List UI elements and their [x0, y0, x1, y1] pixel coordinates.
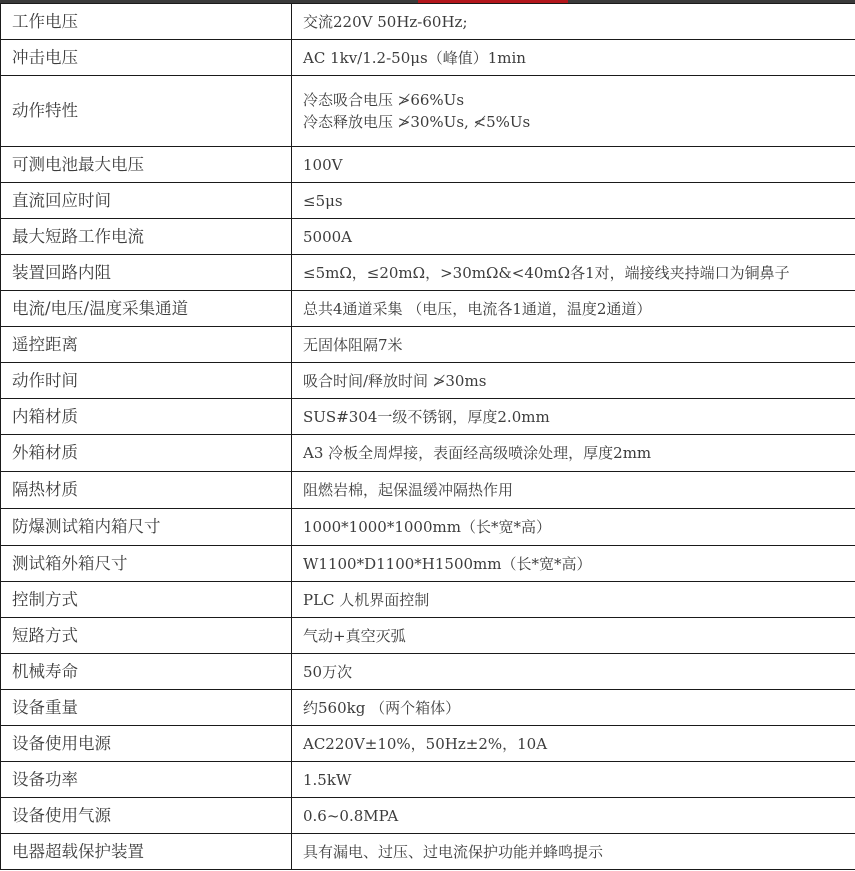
table-row: 设备使用电源 AC220V±10%，50Hz±2%，10A — [1, 726, 855, 762]
table-row: 防爆测试箱内箱尺寸 1000*1000*1000mm（长*宽*高） — [1, 509, 855, 546]
table-row: 设备重量 约560kg （两个箱体） — [1, 690, 855, 726]
spec-value: 100V — [292, 147, 855, 183]
spec-key: 冲击电压 — [1, 40, 292, 76]
spec-key: 测试箱外箱尺寸 — [1, 546, 292, 582]
spec-key: 隔热材质 — [1, 472, 292, 509]
spec-key: 外箱材质 — [1, 435, 292, 472]
spec-value: A3 冷板全周焊接，表面经高级喷涂处理，厚度2mm — [292, 435, 855, 472]
spec-key: 电器超载保护装置 — [1, 834, 292, 870]
spec-key: 设备重量 — [1, 690, 292, 726]
spec-value-line: 冷态释放电压 ≯30%Us, ≮5%Us — [303, 111, 855, 133]
table-row: 机械寿命 50万次 — [1, 654, 855, 690]
table-row: 控制方式 PLC 人机界面控制 — [1, 582, 855, 618]
spec-value: 1000*1000*1000mm（长*宽*高） — [292, 509, 855, 546]
table-row: 动作特性 冷态吸合电压 ≯66%Us 冷态释放电压 ≯30%Us, ≮5%Us — [1, 76, 855, 147]
spec-value: 吸合时间/释放时间 ≯30ms — [292, 363, 855, 399]
spec-key: 控制方式 — [1, 582, 292, 618]
spec-key: 直流回应时间 — [1, 183, 292, 219]
table-row: 电器超载保护装置 具有漏电、过压、过电流保护功能并蜂鸣提示 — [1, 834, 855, 870]
spec-value-line: 冷态吸合电压 ≯66%Us — [303, 89, 855, 111]
spec-key: 设备使用气源 — [1, 798, 292, 834]
spec-value: 交流220V 50Hz-60Hz; — [292, 4, 855, 40]
spec-key: 最大短路工作电流 — [1, 219, 292, 255]
spec-key: 遥控距离 — [1, 327, 292, 363]
table-row: 设备功率 1.5kW — [1, 762, 855, 798]
table-row: 最大短路工作电流 5000A — [1, 219, 855, 255]
spec-key: 机械寿命 — [1, 654, 292, 690]
table-row: 内箱材质 SUS#304一级不锈钢，厚度2.0mm — [1, 399, 855, 435]
spec-key: 工作电压 — [1, 4, 292, 40]
table-row: 设备使用气源 0.6~0.8MPA — [1, 798, 855, 834]
table-row: 外箱材质 A3 冷板全周焊接，表面经高级喷涂处理，厚度2mm — [1, 435, 855, 472]
spec-key: 设备功率 — [1, 762, 292, 798]
spec-key: 电流/电压/温度采集通道 — [1, 291, 292, 327]
table-row: 工作电压 交流220V 50Hz-60Hz; — [1, 4, 855, 40]
spec-value: SUS#304一级不锈钢，厚度2.0mm — [292, 399, 855, 435]
spec-value: PLC 人机界面控制 — [292, 582, 855, 618]
spec-value: ≤5μs — [292, 183, 855, 219]
table-row: 可测电池最大电压 100V — [1, 147, 855, 183]
spec-table: 工作电压 交流220V 50Hz-60Hz; 冲击电压 AC 1kv/1.2-5… — [0, 3, 855, 870]
spec-value: 阻燃岩棉，起保温缓冲隔热作用 — [292, 472, 855, 509]
table-row: 动作时间 吸合时间/释放时间 ≯30ms — [1, 363, 855, 399]
table-row: 测试箱外箱尺寸 W1100*D1100*H1500mm（长*宽*高） — [1, 546, 855, 582]
spec-value: 50万次 — [292, 654, 855, 690]
spec-value: 气动+真空灭弧 — [292, 618, 855, 654]
table-row: 装置回路内阻 ≤5mΩ，≤20mΩ，>30mΩ&<40mΩ各1对，端接线夹持端口… — [1, 255, 855, 291]
spec-key: 动作特性 — [1, 76, 292, 147]
spec-value: 0.6~0.8MPA — [292, 798, 855, 834]
spec-value: AC 1kv/1.2-50μs（峰值）1min — [292, 40, 855, 76]
spec-value: 1.5kW — [292, 762, 855, 798]
spec-key: 设备使用电源 — [1, 726, 292, 762]
spec-value: 冷态吸合电压 ≯66%Us 冷态释放电压 ≯30%Us, ≮5%Us — [292, 76, 855, 147]
spec-key: 内箱材质 — [1, 399, 292, 435]
table-row: 隔热材质 阻燃岩棉，起保温缓冲隔热作用 — [1, 472, 855, 509]
table-row: 短路方式 气动+真空灭弧 — [1, 618, 855, 654]
table-row: 电流/电压/温度采集通道 总共4通道采集 （电压，电流各1通道，温度2通道） — [1, 291, 855, 327]
spec-value: 具有漏电、过压、过电流保护功能并蜂鸣提示 — [292, 834, 855, 870]
spec-value: 5000A — [292, 219, 855, 255]
spec-key: 装置回路内阻 — [1, 255, 292, 291]
spec-value: 无固体阻隔7米 — [292, 327, 855, 363]
spec-value: W1100*D1100*H1500mm（长*宽*高） — [292, 546, 855, 582]
spec-value: AC220V±10%，50Hz±2%，10A — [292, 726, 855, 762]
spec-key: 防爆测试箱内箱尺寸 — [1, 509, 292, 546]
spec-key: 动作时间 — [1, 363, 292, 399]
table-row: 遥控距离 无固体阻隔7米 — [1, 327, 855, 363]
spec-value: ≤5mΩ，≤20mΩ，>30mΩ&<40mΩ各1对，端接线夹持端口为铜鼻子 — [292, 255, 855, 291]
spec-key: 短路方式 — [1, 618, 292, 654]
spec-value: 总共4通道采集 （电压，电流各1通道，温度2通道） — [292, 291, 855, 327]
spec-key: 可测电池最大电压 — [1, 147, 292, 183]
spec-value: 约560kg （两个箱体） — [292, 690, 855, 726]
table-row: 冲击电压 AC 1kv/1.2-50μs（峰值）1min — [1, 40, 855, 76]
table-row: 直流回应时间 ≤5μs — [1, 183, 855, 219]
